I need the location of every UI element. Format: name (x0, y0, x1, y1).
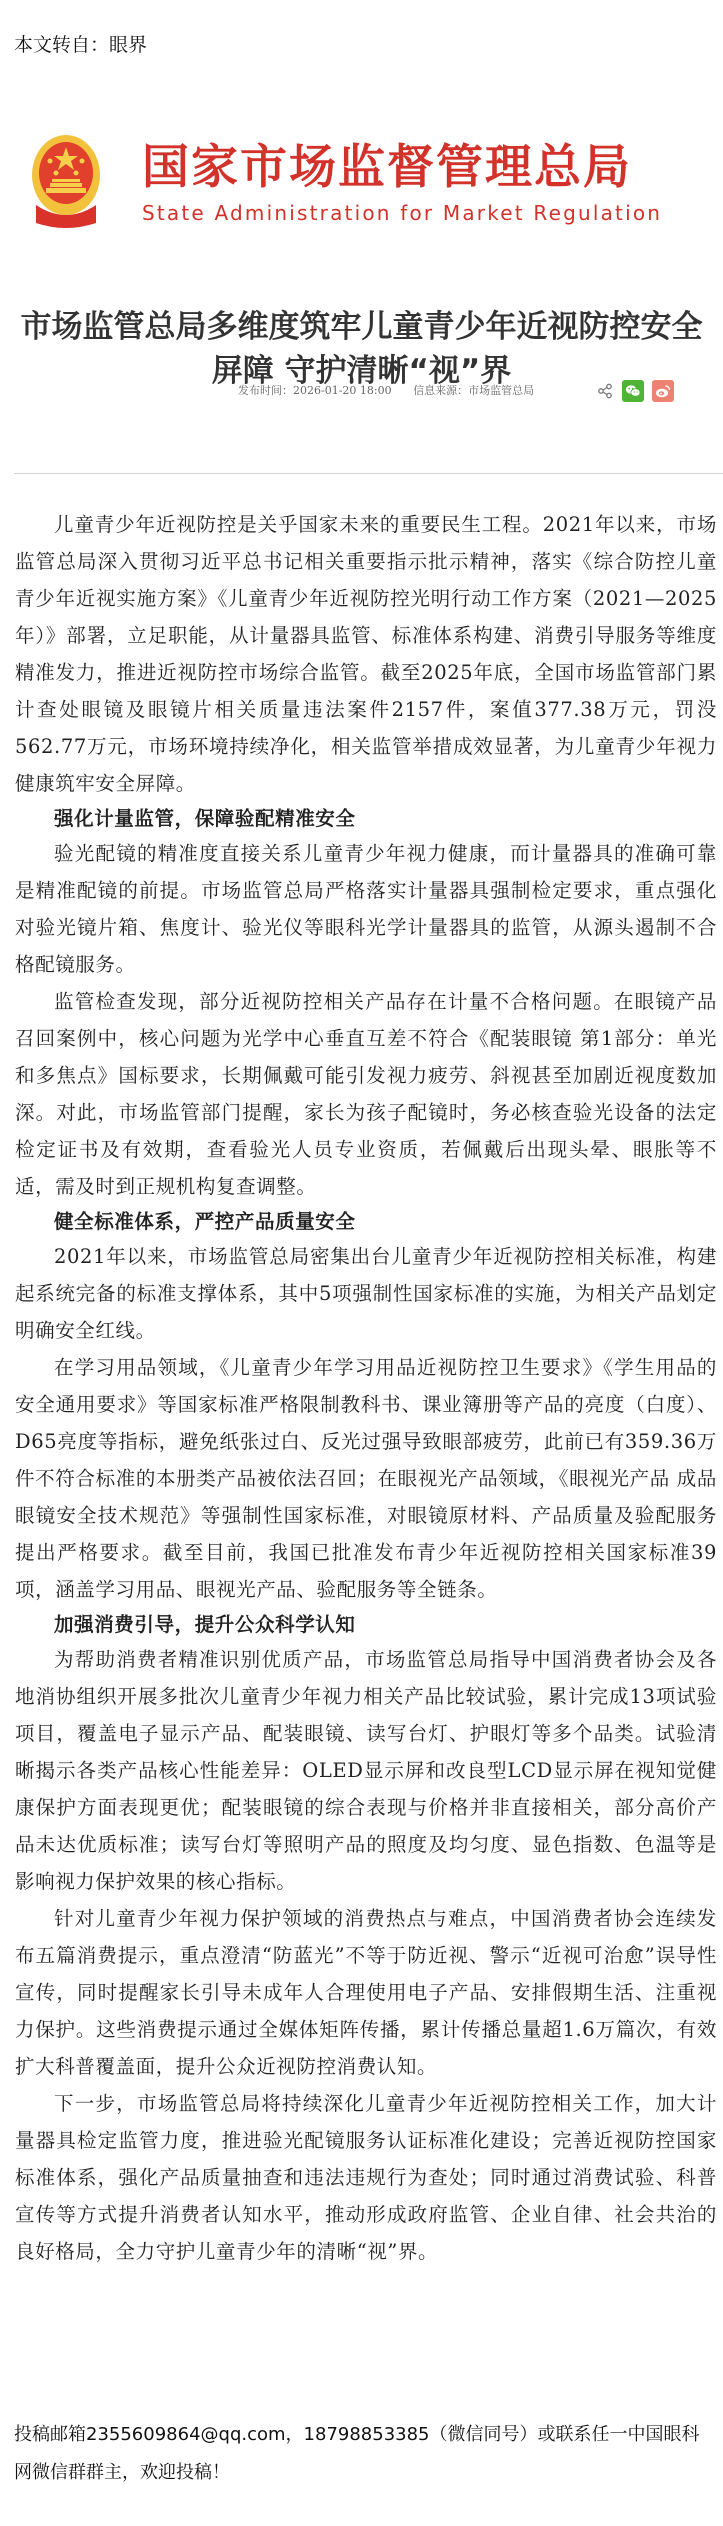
paragraph: 针对儿童青少年视力保护领域的消费热点与难点，中国消费者协会连续发布五篇消费提示，… (15, 1900, 717, 2085)
section-heading-metrology: 强化计量监管，保障验配精准安全 (15, 802, 717, 835)
info-source: 信息来源：市场监管总局 (413, 384, 534, 397)
source-attribution: 本文转自：眼界 (14, 30, 147, 57)
article-meta: 发布时间：2026-01-20 18:00 信息来源：市场监管总局 (0, 380, 723, 402)
paragraph: 为帮助消费者精准识别优质产品，市场监管总局指导中国消费者协会及各地消协组织开展多… (15, 1641, 717, 1900)
paragraph-intro: 儿童青少年近视防控是关乎国家未来的重要民生工程。2021年以来，市场监管总局深入… (15, 506, 717, 802)
paragraph: 监管检查发现，部分近视防控相关产品存在计量不合格问题。在眼镜产品召回案例中，核心… (15, 983, 717, 1205)
wechat-icon[interactable] (622, 380, 644, 402)
share-bar (596, 380, 674, 402)
agency-name-cn: 国家市场监督管理总局 (142, 139, 662, 197)
paragraph: 验光配镜的精准度直接关系儿童青少年视力健康，而计量器具的准确可靠是精准配镜的前提… (15, 835, 717, 983)
paragraph-conclusion: 下一步，市场监管总局将持续深化儿童青少年近视防控相关工作，加大计量器具检定监管力… (15, 2085, 717, 2270)
agency-name-en: State Administration for Market Regulati… (142, 199, 662, 227)
article-body: 儿童青少年近视防控是关乎国家未来的重要民生工程。2021年以来，市场监管总局深入… (15, 506, 717, 2270)
weibo-icon[interactable] (652, 380, 674, 402)
national-emblem-icon (30, 133, 102, 233)
agency-banner: 国家市场监督管理总局 State Administration for Mark… (30, 128, 690, 238)
share-icon[interactable] (596, 382, 614, 400)
section-heading-standards: 健全标准体系，严控产品质量安全 (15, 1205, 717, 1238)
publish-time: 发布时间：2026-01-20 18:00 (238, 384, 392, 397)
section-heading-consumer: 加强消费引导，提升公众科学认知 (15, 1608, 717, 1641)
submission-note: 投稿邮箱2355609864@qq.com，18798853385（微信同号）或… (14, 2416, 714, 2492)
paragraph: 在学习用品领域，《儿童青少年学习用品近视防控卫生要求》《学生用品的安全通用要求》… (15, 1349, 717, 1608)
paragraph: 2021年以来，市场监管总局密集出台儿童青少年近视防控相关标准，构建起系统完备的… (15, 1238, 717, 1349)
title-divider (14, 473, 723, 474)
